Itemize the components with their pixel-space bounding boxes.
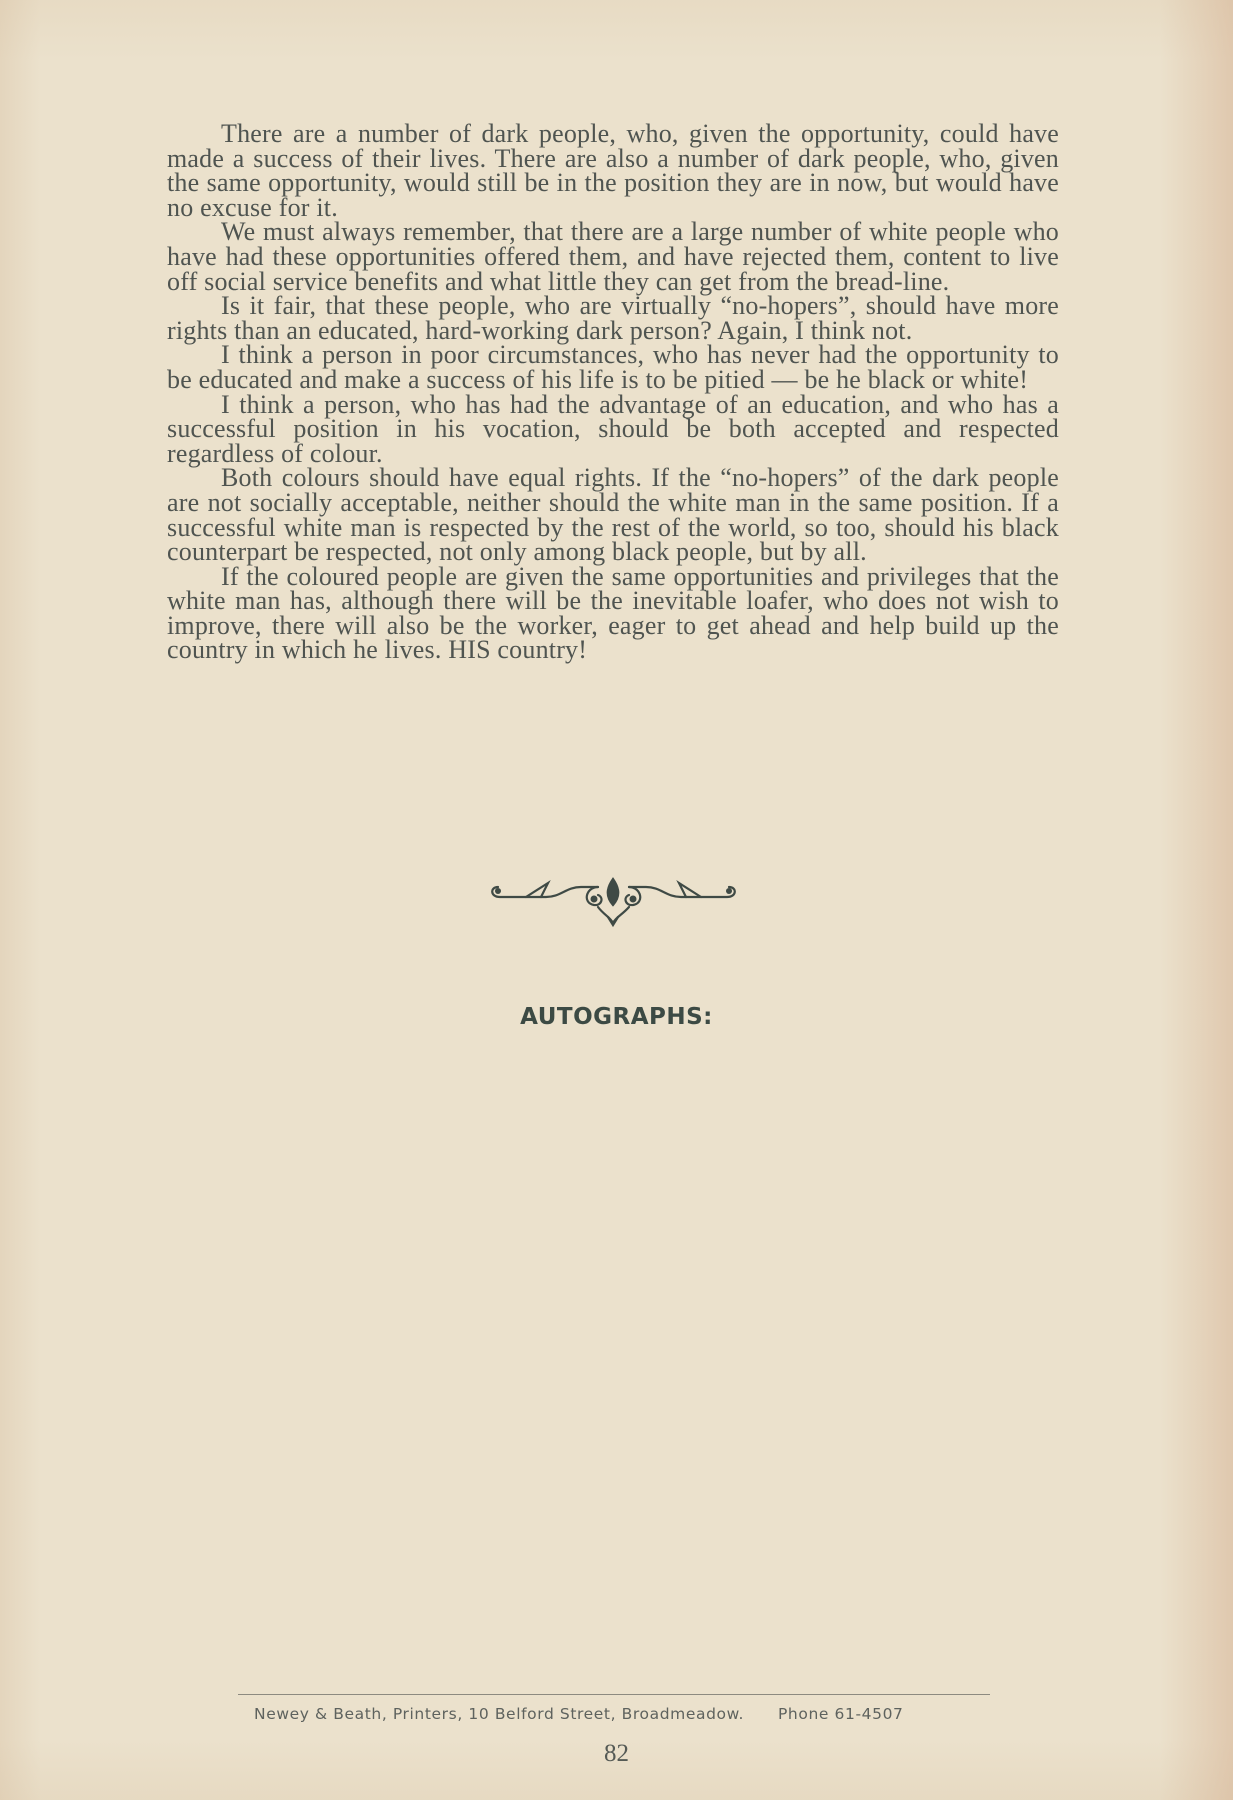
book-page: There are a number of dark people, who, … — [0, 0, 1233, 1800]
autographs-heading: AUTOGRAPHS: — [0, 1004, 1233, 1030]
essay-paragraph-1: There are a number of dark people, who, … — [167, 122, 1059, 220]
essay-paragraph-6: Both colours should have equal rights. I… — [167, 466, 1059, 564]
footer-divider — [238, 1694, 990, 1695]
essay-paragraph-4: I think a person in poor circumstances, … — [167, 343, 1059, 392]
printer-imprint: Newey & Beath, Printers, 10 Belford Stre… — [254, 1705, 904, 1723]
essay-paragraph-5: I think a person, who has had the advant… — [167, 393, 1059, 467]
printer-phone: Phone 61-4507 — [778, 1705, 904, 1723]
page-number: 82 — [0, 1740, 1233, 1768]
scroll-flourish-icon — [486, 873, 741, 928]
essay-paragraph-7: If the coloured people are given the sam… — [167, 565, 1059, 663]
essay-paragraph-3: Is it fair, that these people, who are v… — [167, 294, 1059, 343]
printer-address: Newey & Beath, Printers, 10 Belford Stre… — [254, 1705, 744, 1723]
essay-body: There are a number of dark people, who, … — [167, 122, 1059, 663]
essay-paragraph-2: We must always remember, that there are … — [167, 220, 1059, 294]
